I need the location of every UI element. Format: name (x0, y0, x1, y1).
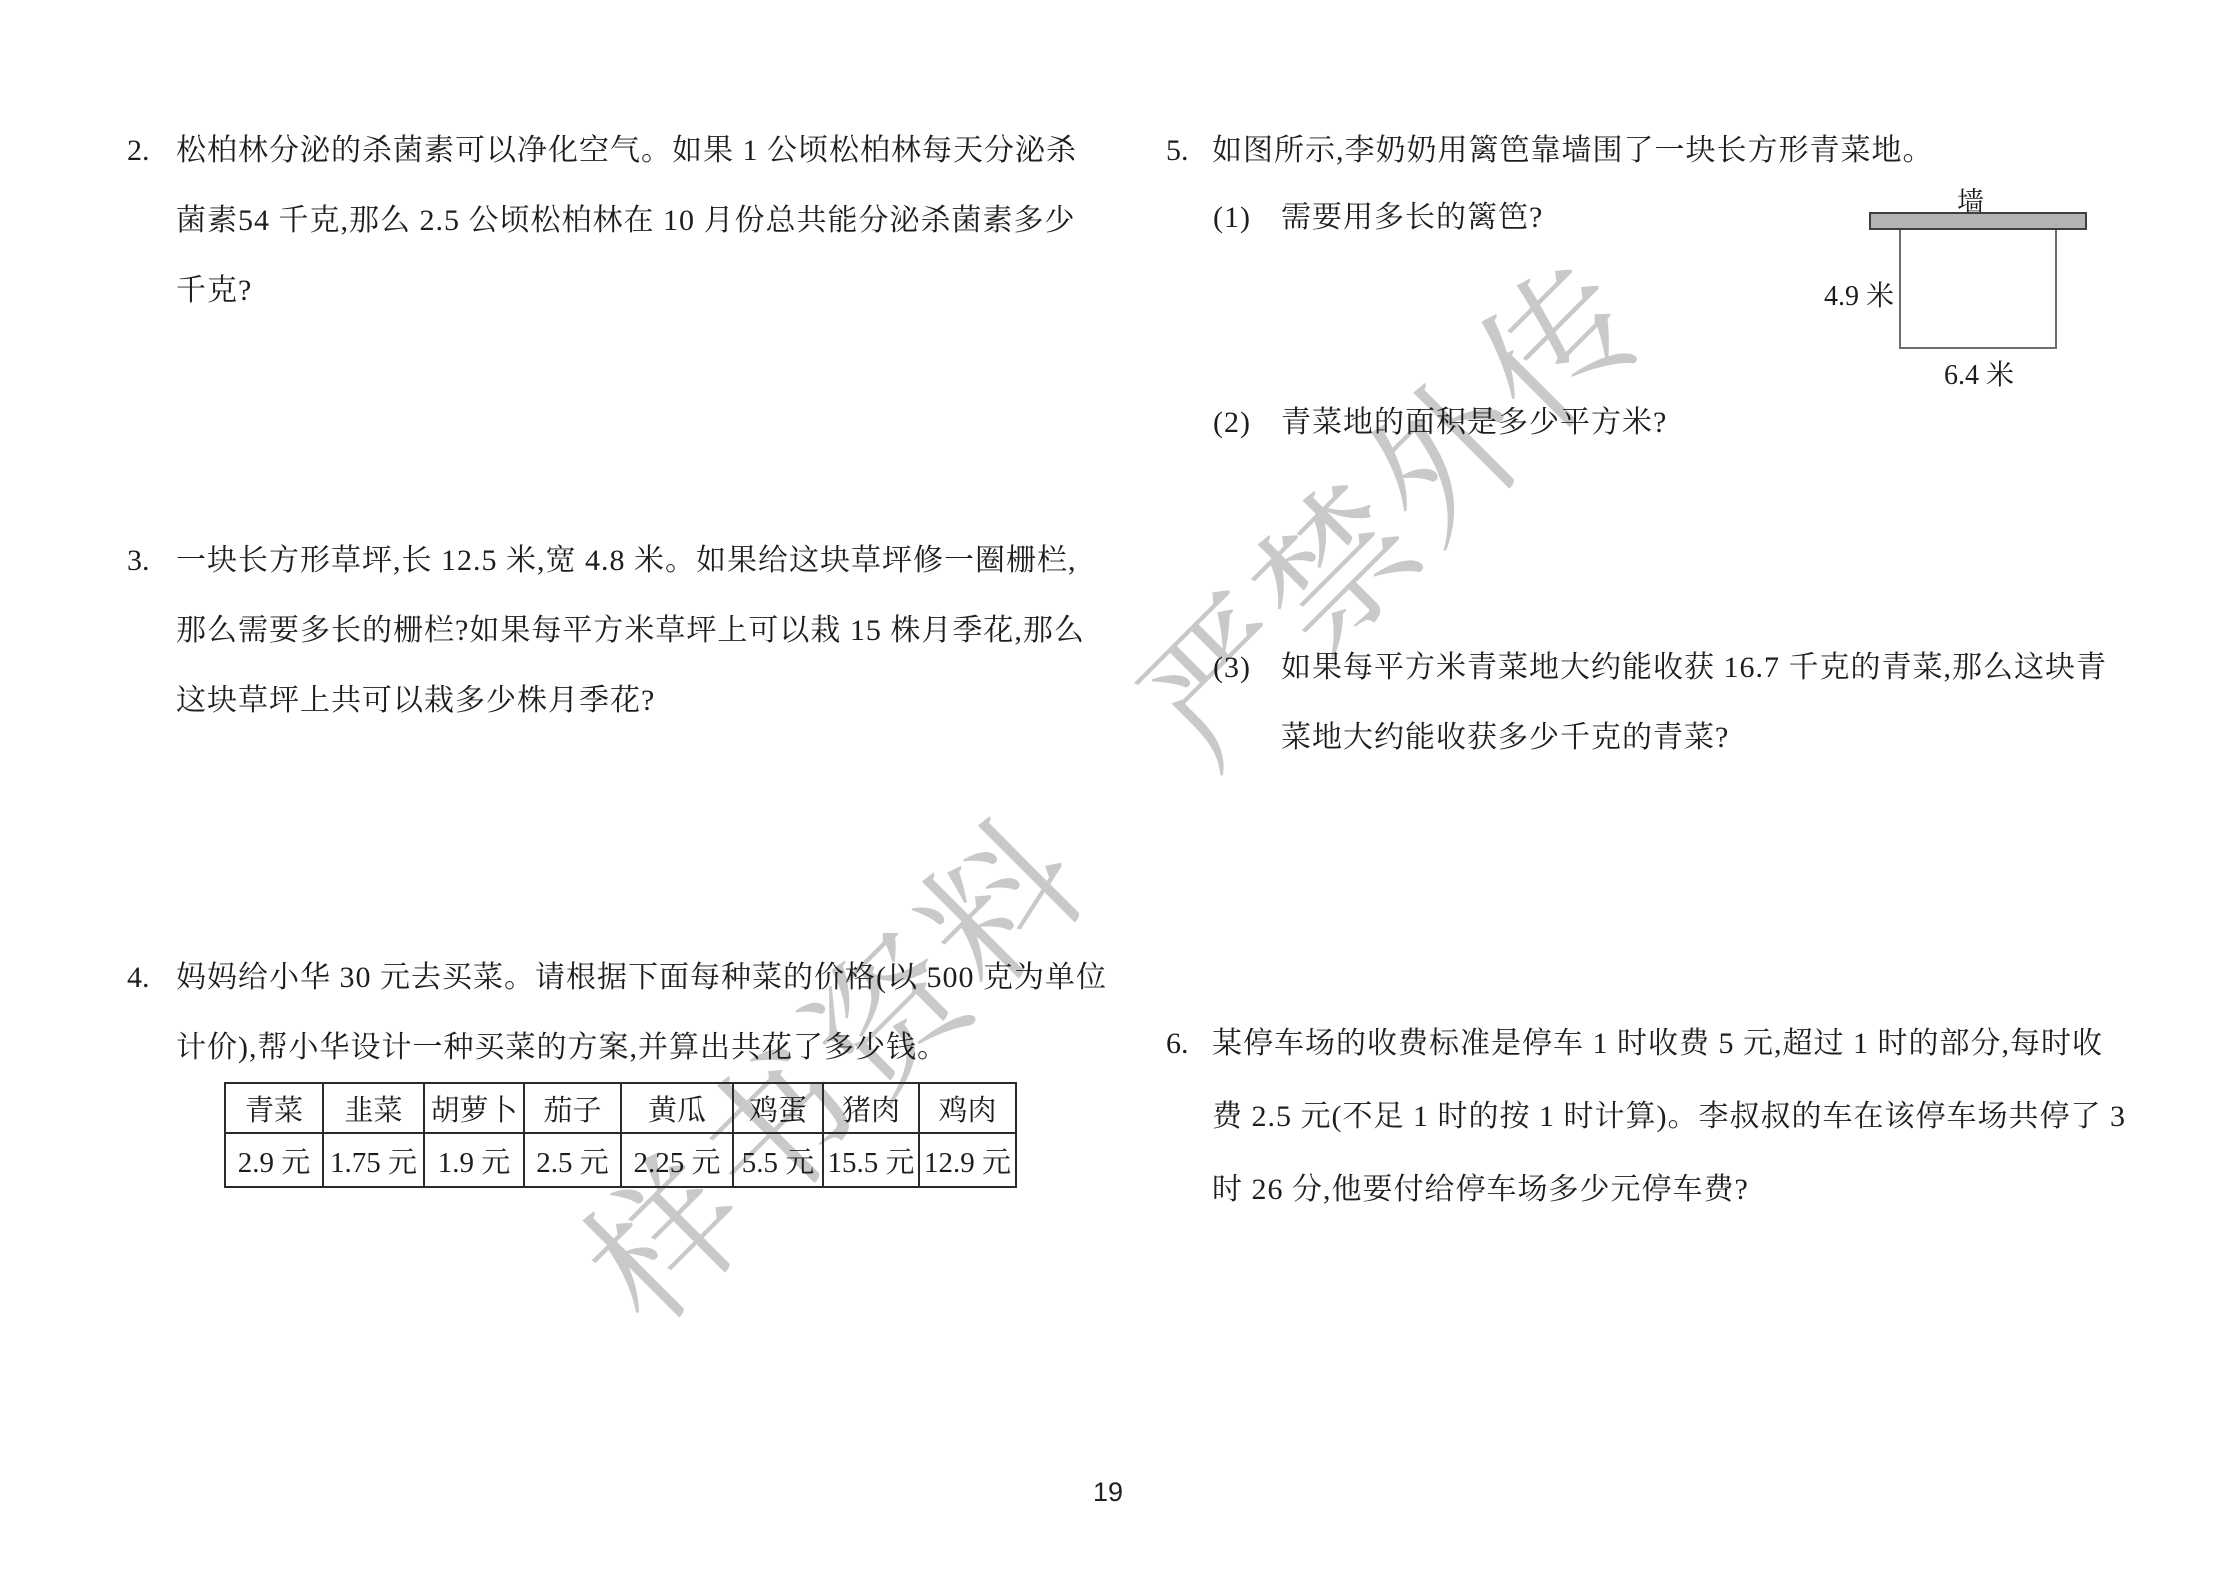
problem-3-line-1: 一块长方形草坪,长 12.5 米,宽 4.8 米。如果给这块草坪修一圈栅栏, (176, 543, 1077, 579)
problem-6-number: 6. (1166, 1026, 1189, 1062)
table-header-huanggua: 黄瓜 (621, 1083, 733, 1133)
problem-5-item-1-label: (1) (1213, 200, 1251, 236)
problem-5-item-3-label: (3) (1213, 650, 1251, 686)
problem-6-line-3: 时 26 分,他要付给停车场多少元停车费? (1212, 1172, 1749, 1208)
problem-2-number: 2. (127, 133, 150, 169)
diagram-width-label: 6.4 米 (1944, 353, 2014, 393)
table-header-qiezi: 茄子 (524, 1083, 621, 1133)
problem-5-item-3-text-1: 如果每平方米青菜地大约能收获 16.7 千克的青菜,那么这块青 (1281, 650, 2107, 686)
table-price-jiucai: 1.75 元 (323, 1133, 424, 1187)
diagram-height-label: 4.9 米 (1810, 274, 1894, 314)
problem-5-item-2-label: (2) (1213, 405, 1251, 441)
problem-6-line-1: 某停车场的收费标准是停车 1 时收费 5 元,超过 1 时的部分,每时收 (1212, 1026, 2103, 1062)
problem-5-intro: 如图所示,李奶奶用篱笆靠墙围了一块长方形青菜地。 (1212, 133, 1934, 169)
problem-3-number: 3. (127, 543, 150, 579)
diagram-garden-rect (1899, 230, 2057, 349)
problem-4-line-1: 妈妈给小华 30 元去买菜。请根据下面每种菜的价格(以 500 克为单位 (176, 960, 1107, 996)
table-header-jidan: 鸡蛋 (733, 1083, 823, 1133)
diagram-wall-bar (1869, 212, 2087, 230)
problem-3-line-3: 这块草坪上共可以栽多少株月季花? (176, 683, 655, 719)
worksheet-page: 样书资料 严禁外传 2. 松柏林分泌的杀菌素可以净化空气。如果 1 公顷松柏林每… (0, 0, 2220, 1571)
problem-2-line-1: 松柏林分泌的杀菌素可以净化空气。如果 1 公顷松柏林每天分泌杀 (176, 133, 1077, 169)
table-price-qingcai: 2.9 元 (225, 1133, 323, 1187)
table-price-huluobo: 1.9 元 (424, 1133, 524, 1187)
problem-2-line-3: 千克? (176, 273, 252, 309)
table-header-zhurou: 猪肉 (823, 1083, 919, 1133)
problem-2-line-2: 菌素54 千克,那么 2.5 公顷松柏林在 10 月份总共能分泌杀菌素多少 (176, 203, 1076, 239)
table-price-zhurou: 15.5 元 (823, 1133, 919, 1187)
problem-4-number: 4. (127, 960, 150, 996)
table-price-qiezi: 2.5 元 (524, 1133, 621, 1187)
page-number: 19 (1078, 1477, 1138, 1508)
problem-6-line-2: 费 2.5 元(不足 1 时的按 1 时计算)。李叔叔的车在该停车场共停了 3 (1212, 1099, 2126, 1135)
problem-5-item-3-text-2: 菜地大约能收获多少千克的青菜? (1281, 720, 1729, 756)
problem-5-item-2-text: 青菜地的面积是多少平方米? (1281, 405, 1667, 441)
problem-5-number: 5. (1166, 133, 1189, 169)
problem-5-item-1-text: 需要用多长的篱笆? (1281, 200, 1543, 236)
price-table: 青菜 韭菜 胡萝卜 茄子 黄瓜 鸡蛋 猪肉 鸡肉 2.9 元 1.75 元 1.… (224, 1082, 1017, 1188)
table-header-qingcai: 青菜 (225, 1083, 323, 1133)
table-header-huluobo: 胡萝卜 (424, 1083, 524, 1133)
table-price-jirou: 12.9 元 (919, 1133, 1016, 1187)
problem-3-line-2: 那么需要多长的栅栏?如果每平方米草坪上可以栽 15 株月季花,那么 (176, 613, 1085, 649)
table-price-huanggua: 2.25 元 (621, 1133, 733, 1187)
table-header-jirou: 鸡肉 (919, 1083, 1016, 1133)
table-header-jiucai: 韭菜 (323, 1083, 424, 1133)
table-price-jidan: 5.5 元 (733, 1133, 823, 1187)
problem-4-line-2: 计价),帮小华设计一种买菜的方案,并算出共花了多少钱。 (176, 1030, 948, 1066)
